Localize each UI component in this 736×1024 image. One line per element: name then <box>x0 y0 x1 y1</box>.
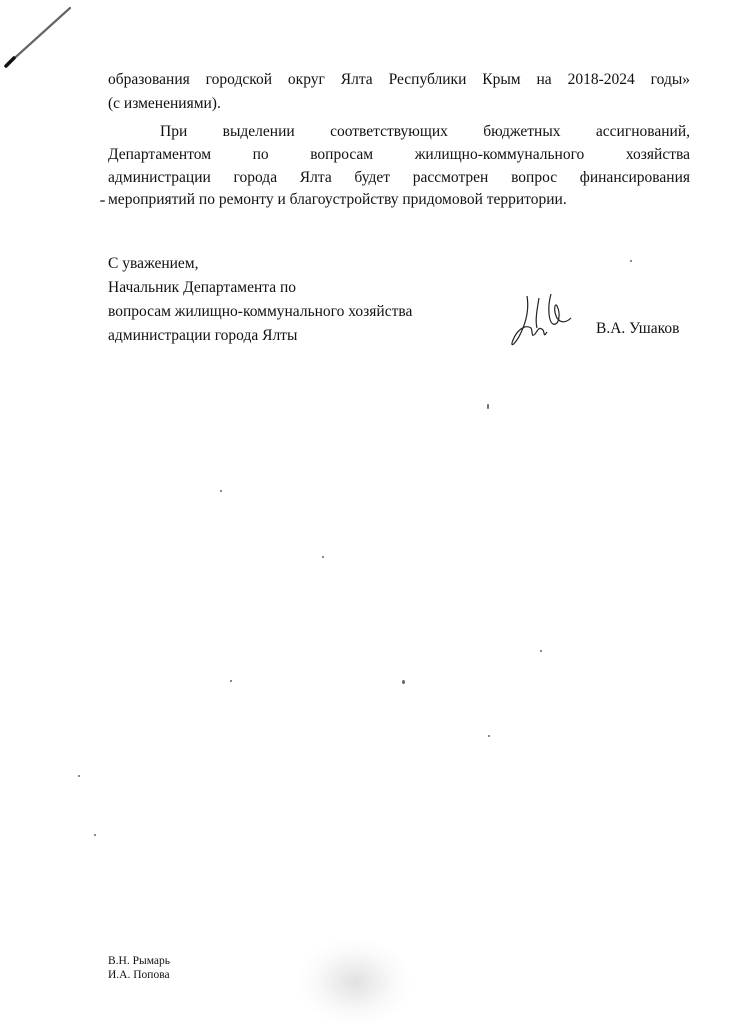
scan-speck <box>322 556 324 558</box>
scan-speck <box>220 490 222 492</box>
closing-block: С уважением, Начальник Департамента по в… <box>108 252 412 348</box>
executor-2: И.А. Попова <box>108 968 170 982</box>
scan-speck <box>402 680 405 684</box>
scan-speck <box>630 260 632 262</box>
signer-name: В.А. Ушаков <box>596 320 679 338</box>
position-line-1: Начальник Департамента по <box>108 276 412 300</box>
paragraph-2-line-4: мероприятий по ремонту и благоустройству… <box>108 190 690 210</box>
scan-smudge <box>300 940 410 1024</box>
position-line-3: администрации города Ялты <box>108 324 412 348</box>
scan-speck <box>540 650 542 652</box>
executors-block: В.Н. Рымарь И.А. Попова <box>108 954 170 982</box>
paragraph-1-line-2: (с изменениями). <box>108 94 690 114</box>
handwritten-signature-icon <box>505 288 585 358</box>
paragraph-2-line-2: Департаментом по вопросам жилищно-коммун… <box>108 145 690 165</box>
scan-speck <box>488 735 490 737</box>
closing-greeting: С уважением, <box>108 252 412 276</box>
scan-speck <box>94 834 96 836</box>
scan-speck <box>78 775 80 777</box>
paragraph-2-line-1: При выделении соответствующих бюджетных … <box>160 122 690 142</box>
scan-mark-icon <box>0 0 80 70</box>
scan-speck <box>230 680 232 682</box>
paragraph-2-line-3: администрации города Ялта будет рассмотр… <box>108 168 690 188</box>
scan-speck <box>100 200 105 202</box>
position-line-2: вопросам жилищно-коммунального хозяйства <box>108 300 412 324</box>
scan-speck <box>487 404 489 409</box>
paragraph-1-line-1: образования городской округ Ялта Республ… <box>108 70 690 90</box>
executor-1: В.Н. Рымарь <box>108 954 170 968</box>
